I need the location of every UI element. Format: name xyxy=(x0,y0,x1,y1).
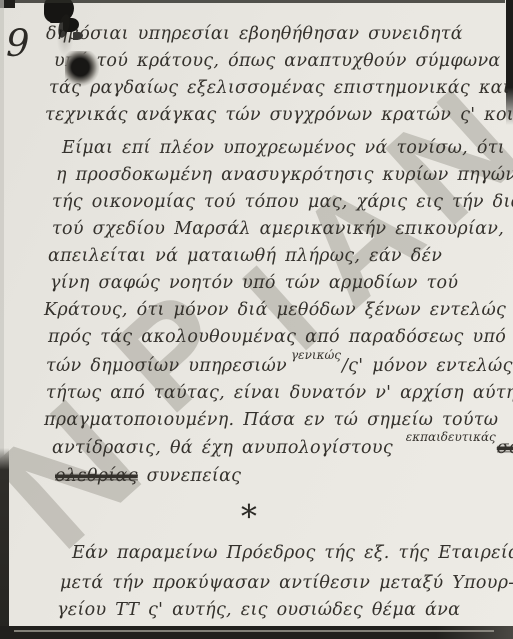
text-segment: μετά τήν προκύψασαν αντίθεσιν μεταξύ Υπο… xyxy=(60,573,513,593)
manuscript-line: Εάν παραμείνω Πρόεδρος τής εξ. τής Εταιρ… xyxy=(72,545,513,563)
manuscript-line: μετά τήν προκύψασαν αντίθεσιν μεταξύ Υπο… xyxy=(60,575,513,593)
inserted-word: εκπαιδευτικάς xyxy=(406,431,496,443)
text-segment: πραγματοποιουμένη. Πάσα εν τώ σημείω τού… xyxy=(44,410,498,430)
text-segment: /ς' μόνον εντελώς ανεξαρ- xyxy=(342,356,513,376)
manuscript-line: τήτως από ταύτας, είναι δυνατόν ν' αρχίσ… xyxy=(46,385,513,403)
manuscript-line: τάς ραγδαίως εξελισσομένας επιστημονικάς… xyxy=(49,80,510,98)
manuscript-line: γίνη σαφώς νοητόν υπό τών αρμοδίων τού xyxy=(50,275,458,293)
text-segment: υπό τού κράτους, όπως αναπτυχθούν σύμφων… xyxy=(54,51,513,71)
section-divider-asterisk: ∗ xyxy=(238,494,260,526)
text-segment: η προσδοκωμένη ανασυγκρότησις κυρίων πηγ… xyxy=(56,165,513,185)
text-segment: τήτως από ταύτας, είναι δυνατόν ν' αρχίσ… xyxy=(46,383,513,403)
manuscript-line: η προσδοκωμένη ανασυγκρότησις κυρίων πηγ… xyxy=(56,167,513,185)
text-segment: τάς ραγδαίως εξελισσομένας επιστημονικάς… xyxy=(49,78,510,98)
scan-edge-bottom xyxy=(0,626,513,639)
scan-edge-right xyxy=(506,0,513,125)
manuscript-line: αντίδρασις, θά έχη ανυπολογίστους εκπαιδ… xyxy=(52,440,513,458)
text-segment: τεχνικάς ανάγκας τών συγχρόνων κρατών ς'… xyxy=(45,105,513,125)
scan-edge-bottom-line xyxy=(14,630,494,632)
text-segment: τού σχεδίου Μαρσάλ αμερικανικήν επικουρί… xyxy=(52,219,504,239)
inserted-word: γενικώς xyxy=(291,349,341,361)
manuscript-line: τού σχεδίου Μαρσάλ αμερικανικήν επικουρί… xyxy=(52,221,504,239)
text-segment: συνεπείας xyxy=(138,466,242,486)
manuscript-line: τεχνικάς ανάγκας τών συγχρόνων κρατών ς'… xyxy=(45,107,513,125)
scan-edge-top xyxy=(0,0,505,3)
text-segment: Κράτους, ότι μόνον διά μεθόδων ξένων εντ… xyxy=(44,300,506,320)
manuscript-page: ΝΡΙΑΝ 9 δημόσιαι υπηρεσίαι εβοηθήθησαν σ… xyxy=(0,0,513,639)
manuscript-line: απειλείται νά ματαιωθή πλήρως, εάν δέν xyxy=(48,248,442,266)
text-segment: γίνη σαφώς νοητόν υπό τών αρμοδίων τού xyxy=(50,273,458,293)
manuscript-line: τής οικονομίας τού τόπου μας, χάρις εις … xyxy=(52,194,513,212)
text-segment: δημόσιαι υπηρεσίαι εβοηθήθησαν συνειδητά xyxy=(46,24,463,44)
text-segment: Είμαι επί πλέον υποχρεωμένος νά τονίσω, … xyxy=(62,138,505,158)
text-segment: τής οικονομίας τού τόπου μας, χάρις εις … xyxy=(52,192,513,212)
manuscript-line: Κράτους, ότι μόνον διά μεθόδων ξένων εντ… xyxy=(44,302,506,320)
scan-edge-left-dark xyxy=(0,448,9,630)
struck-word: ολεθρίας xyxy=(55,466,138,486)
manuscript-line: Είμαι επί πλέον υποχρεωμένος νά τονίσω, … xyxy=(62,140,505,158)
manuscript-line: γείου ΤΤ ς' αυτής, εις ουσιώδες θέμα άνα xyxy=(57,602,460,620)
text-segment: αντίδρασις, θά έχη ανυπολογίστους xyxy=(52,438,402,458)
manuscript-text: δημόσιαι υπηρεσίαι εβοηθήθησαν συνειδητά… xyxy=(0,0,513,639)
text-segment: πρός τάς ακολουθουμένας από παραδόσεως υ… xyxy=(48,327,506,347)
manuscript-line: ολεθρίας συνεπείας xyxy=(55,468,241,486)
text-segment: απειλείται νά ματαιωθή πλήρως, εάν δέν xyxy=(48,246,442,266)
text-segment: τών δημοσίων υπηρεσιών xyxy=(46,356,287,376)
manuscript-line: πρός τάς ακολουθουμένας από παραδόσεως υ… xyxy=(48,329,506,347)
ink-blot-round xyxy=(65,51,99,87)
manuscript-line: τών δημοσίων υπηρεσιώνγενικώς/ς' μόνον ε… xyxy=(46,358,513,376)
manuscript-line: πραγματοποιουμένη. Πάσα εν τώ σημείω τού… xyxy=(44,412,498,430)
manuscript-line: δημόσιαι υπηρεσίαι εβοηθήθησαν συνειδητά xyxy=(46,26,463,44)
text-segment: Εάν παραμείνω Πρόεδρος τής εξ. τής Εταιρ… xyxy=(72,543,513,563)
struck-word: σοβαρωτάτας xyxy=(497,438,513,458)
text-segment: γείου ΤΤ ς' αυτής, εις ουσιώδες θέμα άνα xyxy=(57,600,460,620)
manuscript-line: υπό τού κράτους, όπως αναπτυχθούν σύμφων… xyxy=(54,53,513,71)
